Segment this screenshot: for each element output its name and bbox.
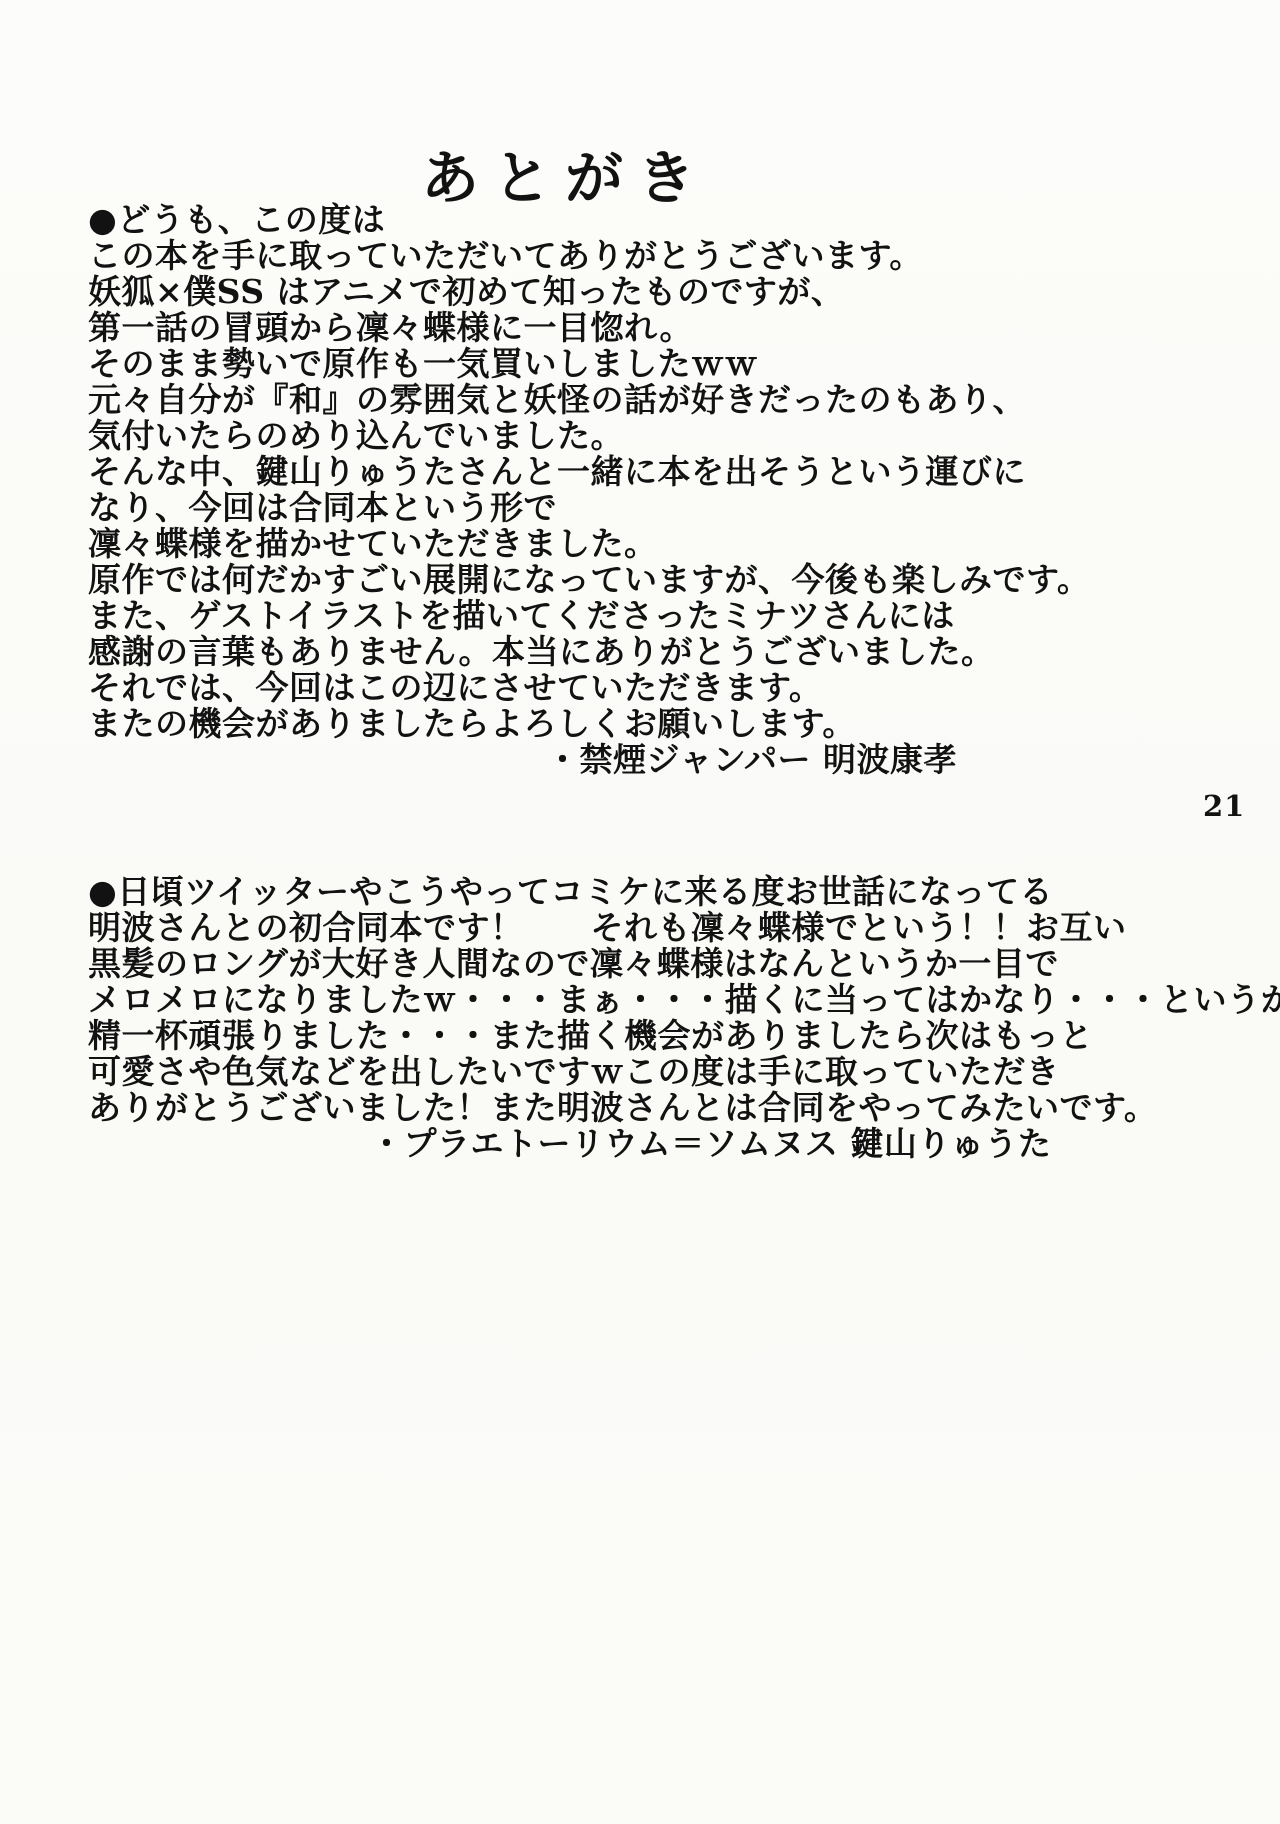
text-line: 妖狐×僕SS はアニメで初めて知ったものですが、 <box>88 274 1090 310</box>
author-signature-1: ・禁煙ジャンパー 明波康孝 <box>88 742 1090 778</box>
text-line: ●どうも、この度は <box>88 202 1090 238</box>
text-line: 凜々蝶様を描かせていただきました。 <box>88 526 1090 562</box>
page-number: 21 <box>1203 789 1245 823</box>
text-line: それでは、今回はこの辺にさせていただきます。 <box>88 670 1090 706</box>
text-line: 元々自分が『和』の雰囲気と妖怪の話が好きだったのもあり、 <box>88 382 1090 418</box>
afterword-section-2: ●日頃ツイッターやこうやってコミケに来る度お世話になってる 明波さんとの初合同本… <box>88 874 1280 1162</box>
text-line: 明波さんとの初合同本です！ それも凜々蝶様でという！！お互い <box>88 910 1280 946</box>
scanned-afterword-page: あとがき ●どうも、この度は この本を手に取っていただいてありがとうございます。… <box>0 0 1280 1824</box>
text-line: この本を手に取っていただいてありがとうございます。 <box>88 238 1090 274</box>
text-line: また、ゲストイラストを描いてくださったミナツさんには <box>88 598 1090 634</box>
text-line: 精一杯頑張りました・・・また描く機会がありましたら次はもっと <box>88 1018 1280 1054</box>
author-signature-2: ・プラエトーリウム＝ソムヌス 鍵山りゅうた <box>88 1126 1280 1162</box>
text-line: 第一話の冒頭から凜々蝶様に一目惚れ。 <box>88 310 1090 346</box>
text-line: 気付いたらのめり込んでいました。 <box>88 418 1090 454</box>
text-line: ありがとうございました！また明波さんとは合同をやってみたいです。 <box>88 1090 1280 1126</box>
text-line: 黒髪のロングが大好き人間なので凜々蝶様はなんというか一目で <box>88 946 1280 982</box>
afterword-section-1: ●どうも、この度は この本を手に取っていただいてありがとうございます。 妖狐×僕… <box>88 202 1090 778</box>
text-line: 可愛さや色気などを出したいですｗこの度は手に取っていただき <box>88 1054 1280 1090</box>
text-line: またの機会がありましたらよろしくお願いします。 <box>88 706 1090 742</box>
text-line: そのまま勢いで原作も一気買いしましたｗｗ <box>88 346 1090 382</box>
text-line: そんな中、鍵山りゅうたさんと一緒に本を出そうという運びに <box>88 454 1090 490</box>
text-line: 感謝の言葉もありません。本当にありがとうございました。 <box>88 634 1090 670</box>
text-line: メロメロになりましたｗ・・・まぁ・・・描くに当ってはかなり・・・というか <box>88 982 1280 1018</box>
text-line: ●日頃ツイッターやこうやってコミケに来る度お世話になってる <box>88 874 1280 910</box>
text-line: なり、今回は合同本という形で <box>88 490 1090 526</box>
text-line: 原作では何だかすごい展開になっていますが、今後も楽しみです。 <box>88 562 1090 598</box>
